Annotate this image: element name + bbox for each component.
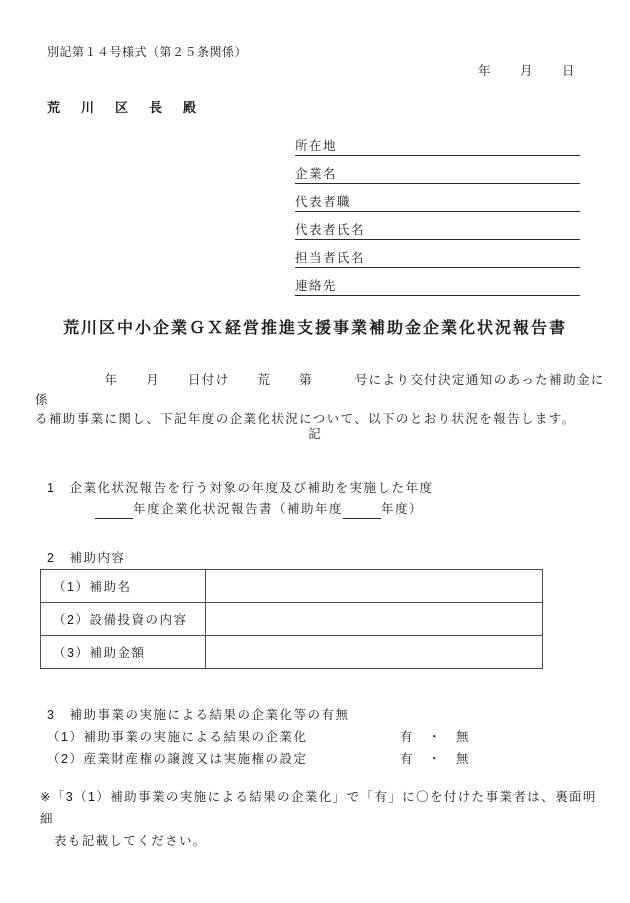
- field-row-company-name: 企業名: [295, 156, 580, 184]
- field-row-representative-name: 代表者氏名: [295, 212, 580, 240]
- field-blank-representative-name[interactable]: [365, 212, 580, 239]
- section3-item2-label: （2）産業財産権の譲渡又は実施権の設定: [47, 750, 307, 769]
- field-label-location: 所在地: [295, 136, 337, 155]
- ki-mark: 記: [0, 424, 630, 442]
- body-paragraph-line-1: 年 月 日付け 荒 第 号により交付決定通知のあった補助金に係: [35, 371, 610, 410]
- field-blank-contact-info[interactable]: [337, 268, 580, 295]
- field-blank-representative-title[interactable]: [351, 184, 580, 211]
- section1-heading: 1 企業化状況報告を行う対象の年度及び補助を実施した年度: [47, 479, 433, 498]
- document-title: 荒川区中小企業ＧＸ経営推進支援事業補助金企業化状況報告書: [0, 315, 630, 338]
- applicant-fields: 所在地 企業名 代表者職 代表者氏名 担当者氏名 連絡先: [295, 128, 580, 296]
- field-row-representative-title: 代表者職: [295, 184, 580, 212]
- section1-line-mid: 年度企業化状況報告書（補助年度: [133, 502, 343, 516]
- section1-report-line: 年度企業化状況報告書（補助年度年度）: [95, 500, 423, 519]
- field-label-representative-name: 代表者氏名: [295, 220, 365, 239]
- section1-line-end: 年度）: [381, 502, 423, 516]
- item2-option-separator: ・: [428, 750, 442, 769]
- item2-option-yes[interactable]: 有: [400, 750, 414, 769]
- field-label-contact-person: 担当者氏名: [295, 248, 365, 267]
- field-blank-location[interactable]: [337, 128, 580, 155]
- field-label-contact-info: 連絡先: [295, 276, 337, 295]
- item1-option-yes[interactable]: 有: [400, 728, 414, 747]
- field-row-contact-info: 連絡先: [295, 268, 580, 296]
- section3-item1-label: （1）補助事業の実施による結果の企業化: [47, 728, 307, 747]
- section3-item2-options: 有・無: [400, 750, 470, 769]
- table-input-subsidy-name[interactable]: [205, 570, 542, 603]
- section3-heading: 3 補助事業の実施による結果の企業化等の有無: [47, 706, 349, 725]
- form-number: 別記第１４号様式（第２５条関係）: [47, 43, 247, 61]
- field-row-contact-person: 担当者氏名: [295, 240, 580, 268]
- table-row-subsidy-amount: （3）補助金額: [41, 636, 543, 669]
- field-row-location: 所在地: [295, 128, 580, 156]
- document-page: 別記第１４号様式（第２５条関係） 年 月 日 荒 川 区 長 殿 所在地 企業名…: [0, 0, 630, 903]
- field-label-company-name: 企業名: [295, 164, 337, 183]
- date-line: 年 月 日: [478, 61, 576, 79]
- table-input-subsidy-amount[interactable]: [205, 636, 542, 669]
- item1-option-separator: ・: [428, 728, 442, 747]
- table-label-subsidy-amount: （3）補助金額: [41, 636, 206, 669]
- fiscal-year-blank[interactable]: [95, 505, 133, 519]
- section3-item1-options: 有・無: [400, 728, 470, 747]
- addressee: 荒 川 区 長 殿: [47, 97, 200, 116]
- footnote-line-2: 表も記載してください。: [40, 830, 600, 852]
- footnote: ※「3（1）補助事業の実施による結果の企業化」で「有」に〇を付けた事業者は、裏面…: [40, 786, 600, 852]
- item1-option-no[interactable]: 無: [456, 728, 470, 747]
- table-row-subsidy-name: （1）補助名: [41, 570, 543, 603]
- table-row-capital-investment: （2）設備投資の内容: [41, 603, 543, 636]
- field-blank-contact-person[interactable]: [365, 240, 580, 267]
- item2-option-no[interactable]: 無: [456, 750, 470, 769]
- section2-heading: 2 補助内容: [47, 549, 125, 568]
- field-label-representative-title: 代表者職: [295, 192, 351, 211]
- subsidy-year-blank[interactable]: [343, 505, 381, 519]
- table-label-capital-investment: （2）設備投資の内容: [41, 603, 206, 636]
- footnote-line-1: ※「3（1）補助事業の実施による結果の企業化」で「有」に〇を付けた事業者は、裏面…: [40, 786, 600, 830]
- field-blank-company-name[interactable]: [337, 156, 580, 183]
- table-label-subsidy-name: （1）補助名: [41, 570, 206, 603]
- subsidy-details-table: （1）補助名 （2）設備投資の内容 （3）補助金額: [40, 569, 543, 669]
- body-paragraph: 年 月 日付け 荒 第 号により交付決定通知のあった補助金に係 る補助事業に関し…: [35, 371, 610, 430]
- table-input-capital-investment[interactable]: [205, 603, 542, 636]
